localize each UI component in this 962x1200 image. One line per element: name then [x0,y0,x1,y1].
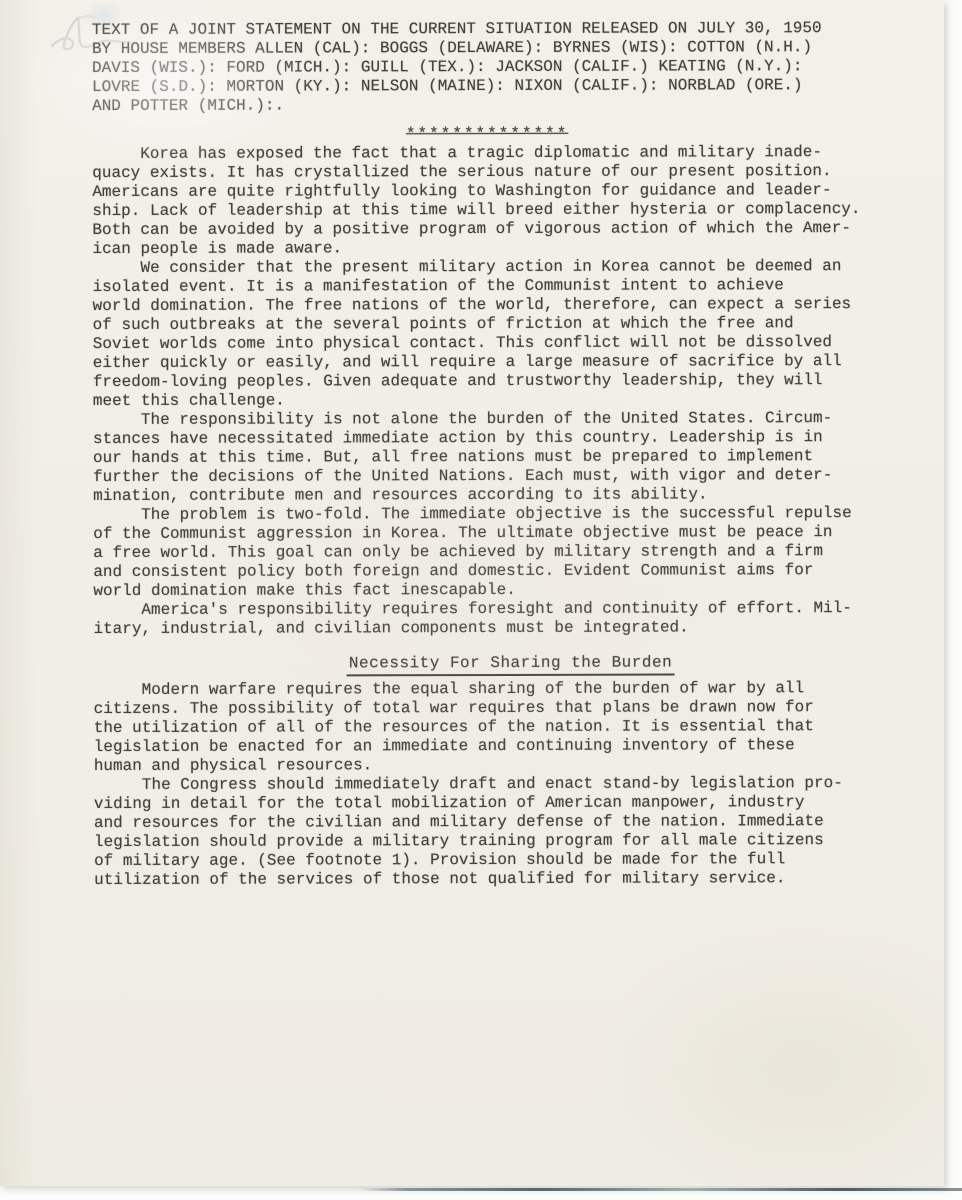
paragraph-1: Korea has exposed the fact that a tragic… [92,143,882,259]
paragraph-7: The Congress should immediately draft an… [94,774,884,890]
section-heading: Necessity For Sharing the Burden [347,654,674,677]
paragraph-2: We consider that the present military ac… [92,257,882,411]
document-body: TEXT OF A JOINT STATEMENT ON THE CURRENT… [92,19,884,890]
paragraph-6: Modern warfare requires the equal sharin… [94,679,884,776]
scan-edge [358,1188,962,1191]
paragraph-3: The responsibility is not alone the burd… [93,409,883,506]
document-page: TEXT OF A JOINT STATEMENT ON THE CURRENT… [0,0,944,1186]
paragraph-5: America's responsibility requires foresi… [93,599,883,639]
document-title: TEXT OF A JOINT STATEMENT ON THE CURRENT… [92,19,882,116]
scanned-document: TEXT OF A JOINT STATEMENT ON THE CURRENT… [0,0,962,1200]
asterisk-divider: ************** [92,124,882,145]
paragraph-4: The problem is two-fold. The immediate o… [93,504,883,601]
